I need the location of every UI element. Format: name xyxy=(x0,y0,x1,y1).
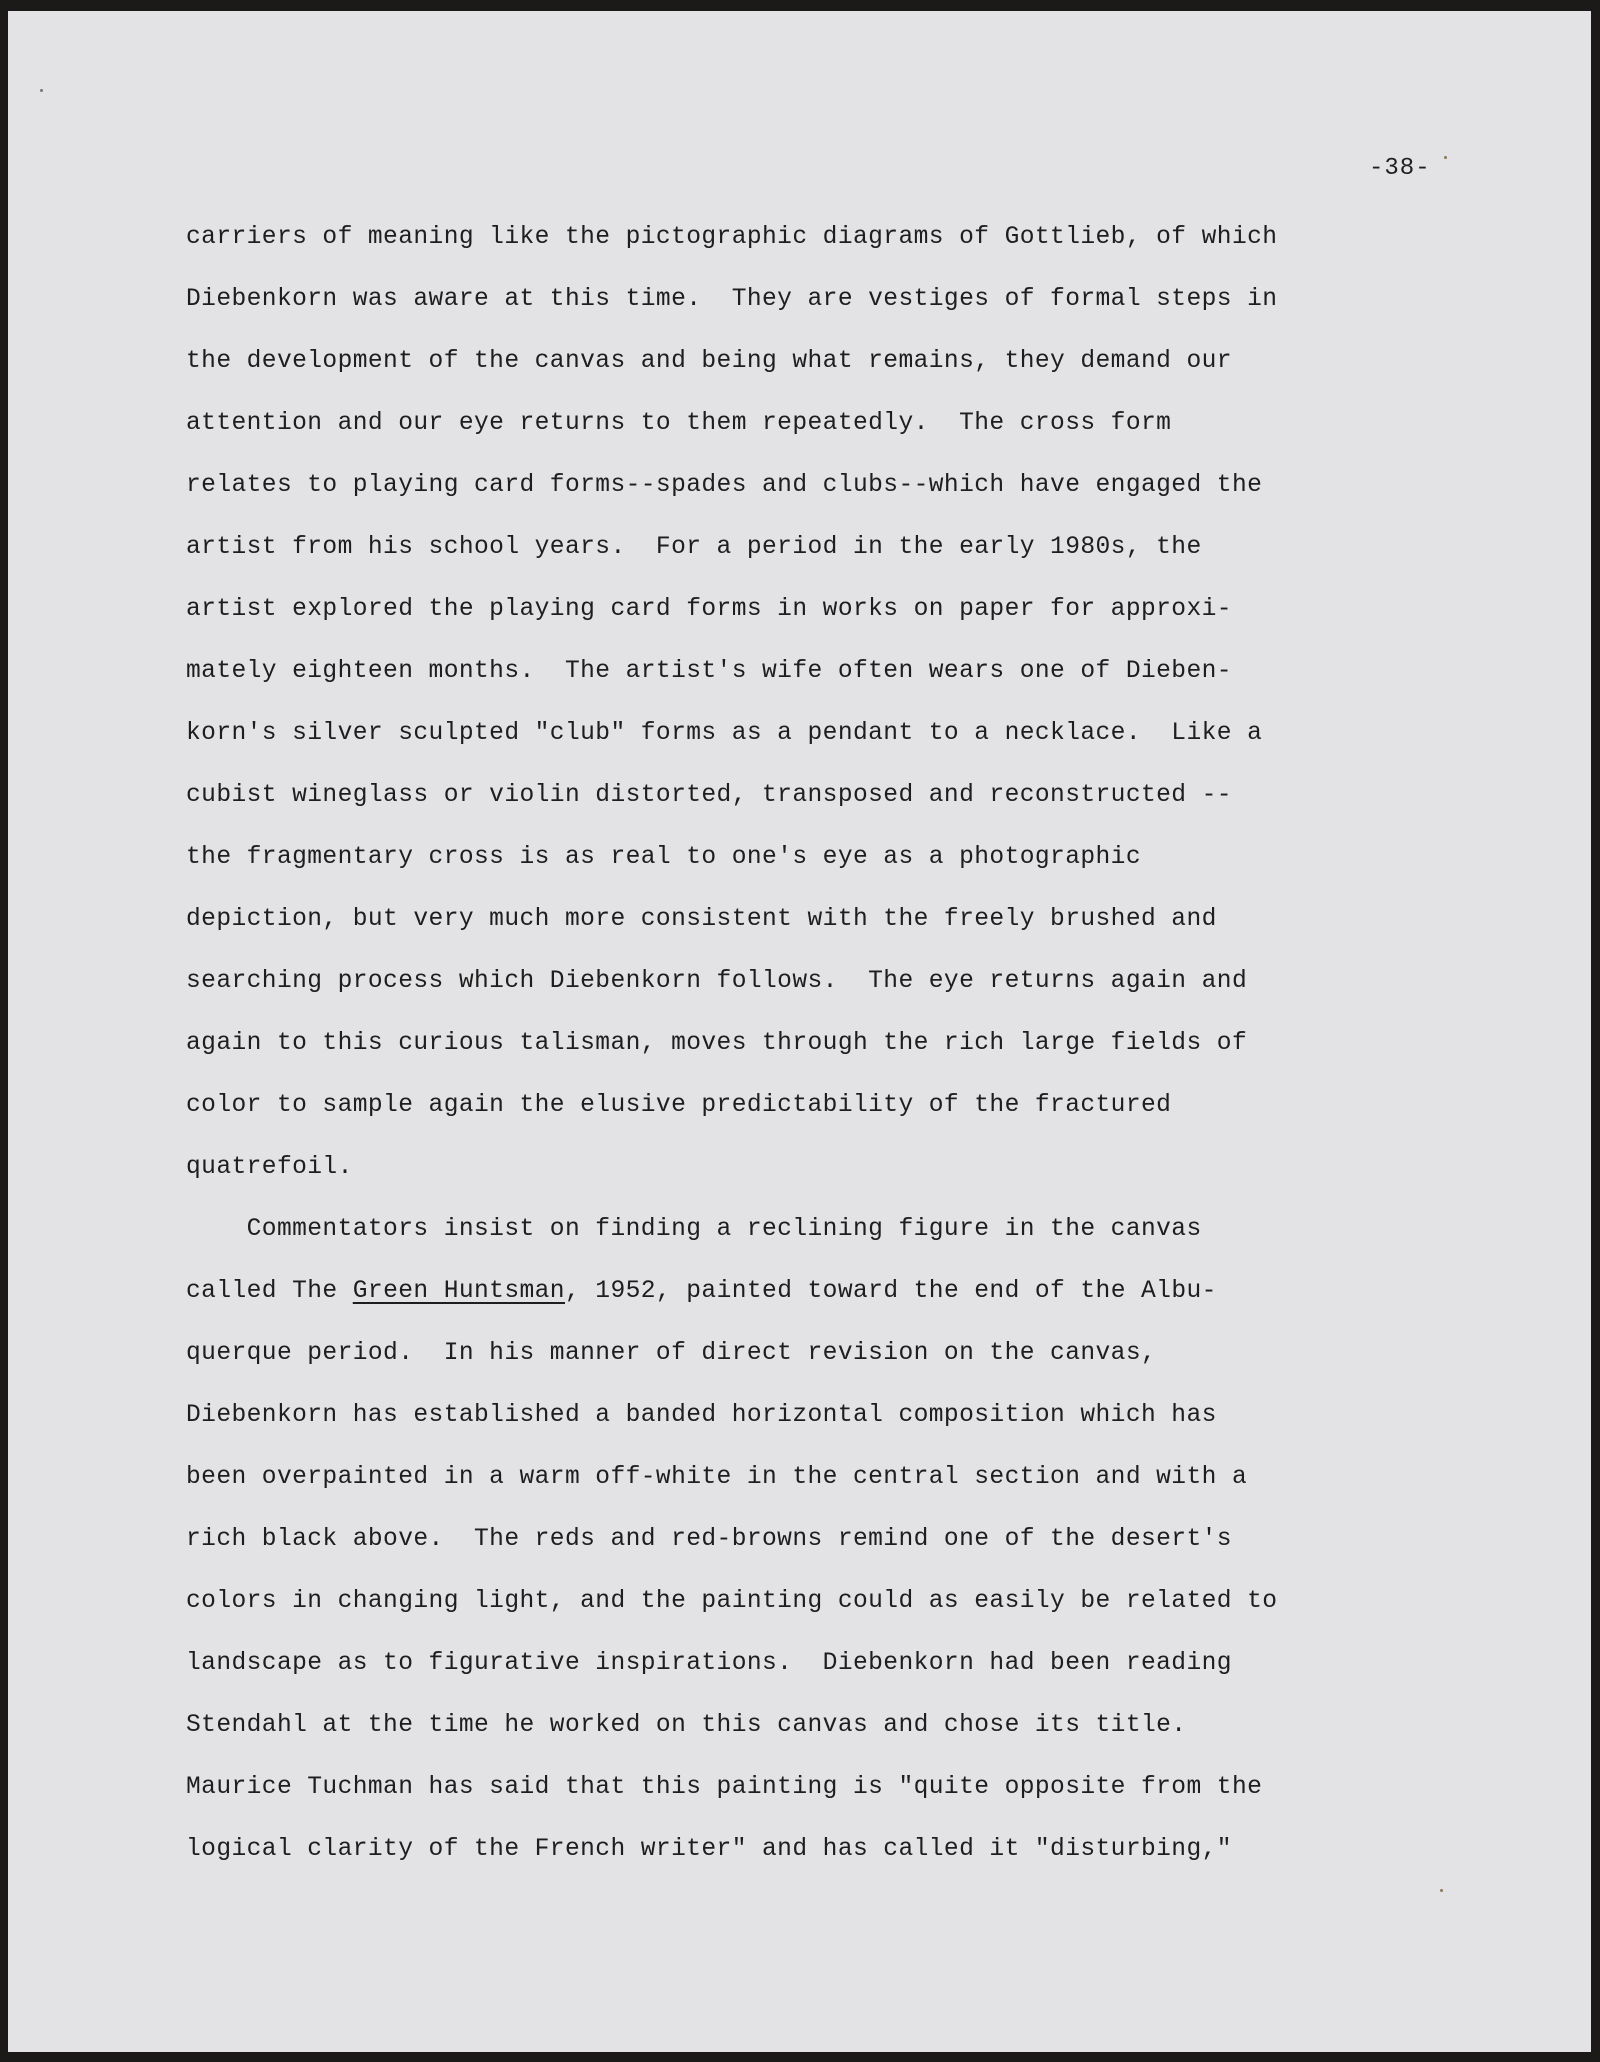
page-number: -38- xyxy=(1369,155,1431,182)
text-line: the development of the canvas and being … xyxy=(186,331,1486,393)
text-line: carriers of meaning like the pictographi… xyxy=(186,207,1486,269)
text-line: Stendahl at the time he worked on this c… xyxy=(186,1695,1486,1757)
text-line: color to sample again the elusive predic… xyxy=(186,1075,1486,1137)
text-line: called The Green Huntsman, 1952, painted… xyxy=(186,1261,1486,1323)
text-line: attention and our eye returns to them re… xyxy=(186,393,1486,455)
text-line: landscape as to figurative inspirations.… xyxy=(186,1633,1486,1695)
artwork-title: Green Huntsman xyxy=(353,1278,565,1305)
document-page: -38- carriers of meaning like the pictog… xyxy=(8,11,1591,2052)
text-line: again to this curious talisman, moves th… xyxy=(186,1013,1486,1075)
text-line: Maurice Tuchman has said that this paint… xyxy=(186,1757,1486,1819)
text-line: cubist wineglass or violin distorted, tr… xyxy=(186,765,1486,827)
text-line: depiction, but very much more consistent… xyxy=(186,889,1486,951)
text-line: querque period. In his manner of direct … xyxy=(186,1323,1486,1385)
text-line: colors in changing light, and the painti… xyxy=(186,1571,1486,1633)
text-line: quatrefoil. xyxy=(186,1137,1486,1199)
text-line: rich black above. The reds and red-brown… xyxy=(186,1509,1486,1571)
paper-speck xyxy=(1440,1889,1443,1892)
text-line: mately eighteen months. The artist's wif… xyxy=(186,641,1486,703)
body-text: carriers of meaning like the pictographi… xyxy=(186,207,1486,1881)
text-segment: called The xyxy=(186,1278,353,1305)
paper-speck xyxy=(40,89,43,92)
text-line: artist from his school years. For a peri… xyxy=(186,517,1486,579)
text-line: artist explored the playing card forms i… xyxy=(186,579,1486,641)
text-line: searching process which Diebenkorn follo… xyxy=(186,951,1486,1013)
text-line: relates to playing card forms--spades an… xyxy=(186,455,1486,517)
text-line: the fragmentary cross is as real to one'… xyxy=(186,827,1486,889)
text-segment: , 1952, painted toward the end of the Al… xyxy=(565,1278,1217,1305)
paper-speck xyxy=(1444,156,1447,159)
paragraph-start-line: Commentators insist on finding a reclini… xyxy=(186,1199,1486,1261)
text-line: Diebenkorn has established a banded hori… xyxy=(186,1385,1486,1447)
text-line: been overpainted in a warm off-white in … xyxy=(186,1447,1486,1509)
text-line: korn's silver sculpted "club" forms as a… xyxy=(186,703,1486,765)
text-line: logical clarity of the French writer" an… xyxy=(186,1819,1486,1881)
text-line: Diebenkorn was aware at this time. They … xyxy=(186,269,1486,331)
